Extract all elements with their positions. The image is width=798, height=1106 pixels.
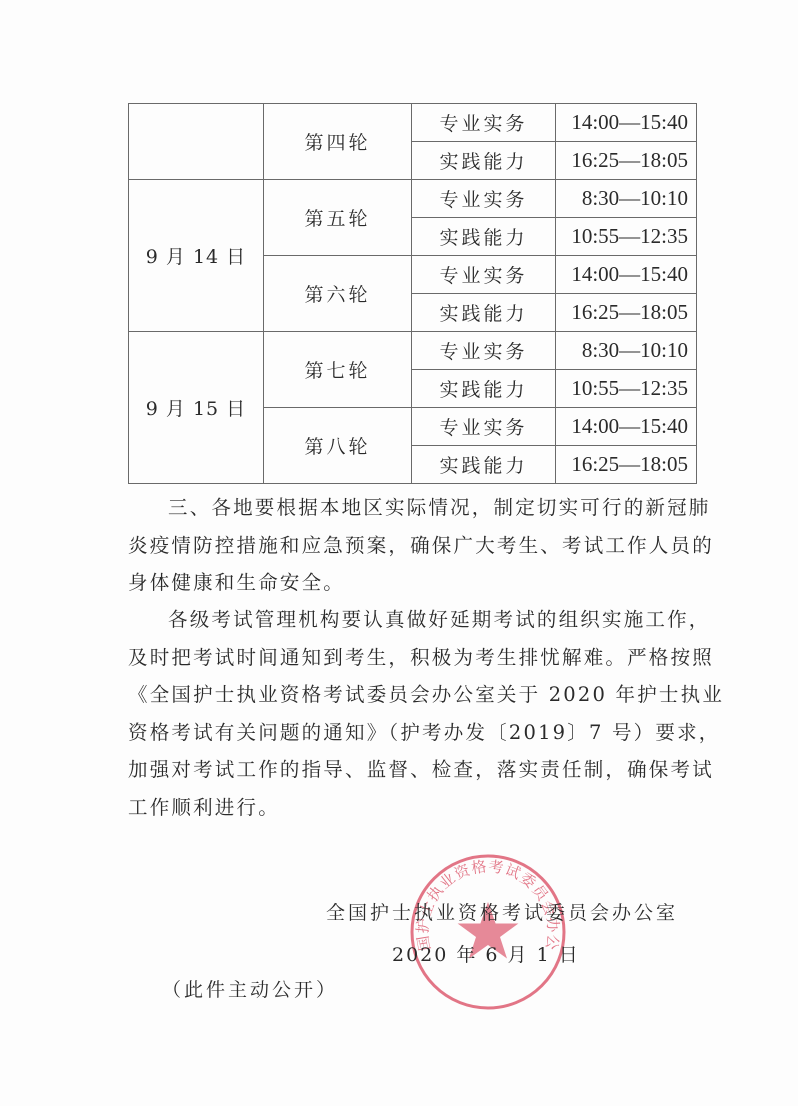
subject-cell: 专业实务 xyxy=(412,256,556,294)
time-cell: 14:00—15:40 xyxy=(556,256,697,294)
subject-cell: 专业实务 xyxy=(412,332,556,370)
time-cell: 8:30—10:10 xyxy=(556,180,697,218)
subject-cell: 专业实务 xyxy=(412,408,556,446)
subject-cell: 实践能力 xyxy=(412,142,556,180)
paragraph-line: 资格考试有关问题的通知》（护考办发〔2019〕7 号）要求， xyxy=(128,714,700,752)
paragraph-line: 身体健康和生命安全。 xyxy=(128,564,700,602)
paragraph-line: 炎疫情防控措施和应急预案，确保广大考生、考试工作人员的 xyxy=(128,527,700,565)
round-cell: 第六轮 xyxy=(264,256,412,332)
time-cell: 16:25—18:05 xyxy=(556,446,697,484)
time-cell: 16:25—18:05 xyxy=(556,294,697,332)
time-cell: 8:30—10:10 xyxy=(556,332,697,370)
exam-schedule-table: 第四轮 专业实务 14:00—15:40 实践能力 16:25—18:05 9 … xyxy=(128,103,697,484)
table-row: 第四轮 专业实务 14:00—15:40 xyxy=(129,104,697,142)
table-row: 9 月 15 日 第七轮 专业实务 8:30—10:10 xyxy=(129,332,697,370)
table-row: 9 月 14 日 第五轮 专业实务 8:30—10:10 xyxy=(129,180,697,218)
paragraph-line: 《全国护士执业资格考试委员会办公室关于 2020 年护士执业 xyxy=(128,676,700,714)
subject-cell: 实践能力 xyxy=(412,218,556,256)
date-cell xyxy=(129,104,264,180)
subject-cell: 实践能力 xyxy=(412,294,556,332)
paragraph-section-three: 三、各地要根据本地区实际情况，制定切实可行的新冠肺 炎疫情防控措施和应急预案，确… xyxy=(128,489,700,602)
date-cell: 9 月 14 日 xyxy=(129,180,264,332)
paragraph-line: 工作顺利进行。 xyxy=(128,789,700,827)
subject-cell: 专业实务 xyxy=(412,104,556,142)
paragraph-line: 及时把考试时间通知到考生，积极为考生排忧解难。严格按照 xyxy=(128,639,700,677)
round-cell: 第七轮 xyxy=(264,332,412,408)
subject-cell: 实践能力 xyxy=(412,446,556,484)
paragraph-management-requirements: 各级考试管理机构要认真做好延期考试的组织实施工作， 及时把考试时间通知到考生，积… xyxy=(128,601,700,826)
issuer-signature: 全国护士执业资格考试委员会办公室 xyxy=(326,898,678,925)
round-cell: 第五轮 xyxy=(264,180,412,256)
round-cell: 第八轮 xyxy=(264,408,412,484)
time-cell: 16:25—18:05 xyxy=(556,142,697,180)
time-cell: 14:00—15:40 xyxy=(556,408,697,446)
paragraph-line: 三、各地要根据本地区实际情况，制定切实可行的新冠肺 xyxy=(128,489,700,527)
subject-cell: 专业实务 xyxy=(412,180,556,218)
official-seal-stamp-icon: 全国护士执业资格考试委员会办公室 xyxy=(408,852,568,1012)
round-cell: 第四轮 xyxy=(264,104,412,180)
paragraph-line: 加强对考试工作的指导、监督、检查，落实责任制，确保考试 xyxy=(128,751,700,789)
issue-date: 2020 年 6 月 1 日 xyxy=(392,940,580,967)
time-cell: 10:55—12:35 xyxy=(556,218,697,256)
time-cell: 14:00—15:40 xyxy=(556,104,697,142)
public-disclosure-note: （此件主动公开） xyxy=(162,975,338,1002)
date-cell: 9 月 15 日 xyxy=(129,332,264,484)
paragraph-line: 各级考试管理机构要认真做好延期考试的组织实施工作， xyxy=(128,601,700,639)
time-cell: 10:55—12:35 xyxy=(556,370,697,408)
subject-cell: 实践能力 xyxy=(412,370,556,408)
